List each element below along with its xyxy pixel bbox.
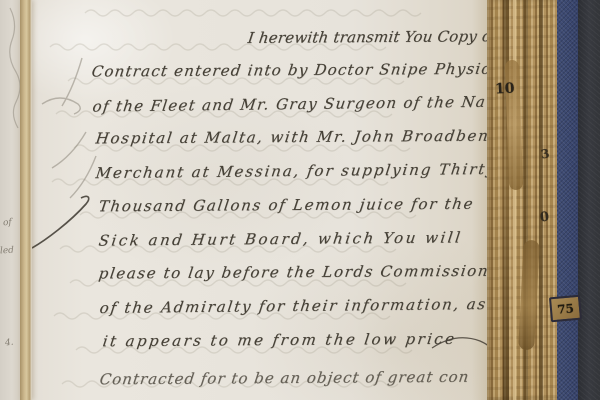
previous-page-text-fragment: led (0, 246, 14, 257)
manuscript-line: it appears to me from the low price (102, 330, 458, 350)
fore-edge-number: 75 (557, 302, 575, 315)
manuscript-line: Contracted for to be an object of great … (99, 368, 471, 389)
manuscript-line: please to lay before the Lords Commissio… (98, 262, 519, 283)
previous-page-text-fragment: 4. (5, 338, 15, 349)
fore-edge-number-tab: 75 (549, 295, 582, 323)
manuscript-line: of the Fleet and Mr. Gray Surgeon of the… (92, 92, 514, 115)
page-fold (20, 0, 32, 400)
manuscript-line: I herewith transmit You Copy of a (247, 27, 513, 47)
manuscript-line: Contract entered into by Doctor Snipe Ph… (91, 60, 520, 81)
manuscript-page: I herewith transmit You Copy of a Contra… (30, 0, 490, 400)
manuscript-line: Thousand Gallons of Lemon juice for the (98, 195, 476, 216)
manuscript-line: of the Admiralty for their information, … (99, 295, 489, 317)
previous-page-text-fragment: of (3, 218, 13, 229)
previous-page-edge: of led 4. (0, 0, 22, 400)
previous-page-writing (2, 4, 20, 144)
manuscript-line: Merchant at Messina, for supplying Thirt… (95, 160, 498, 182)
manuscript-photo: I herewith transmit You Copy of a Contra… (0, 0, 600, 400)
fore-edge-curl (518, 240, 540, 351)
fore-edge-number: 3 (540, 147, 550, 160)
fore-edge-crevice (539, 0, 543, 400)
book-fore-edge: 10 3 0 (487, 0, 557, 400)
manuscript-line: Hospital at Malta, with Mr. John Broadbe… (95, 127, 499, 148)
manuscript-line: Sick and Hurt Board, which You will (98, 228, 464, 249)
background-dark (578, 0, 600, 400)
book-cover-navy (553, 0, 581, 400)
fore-edge-number: 0 (539, 211, 549, 225)
fore-edge-number: 10 (495, 81, 515, 96)
